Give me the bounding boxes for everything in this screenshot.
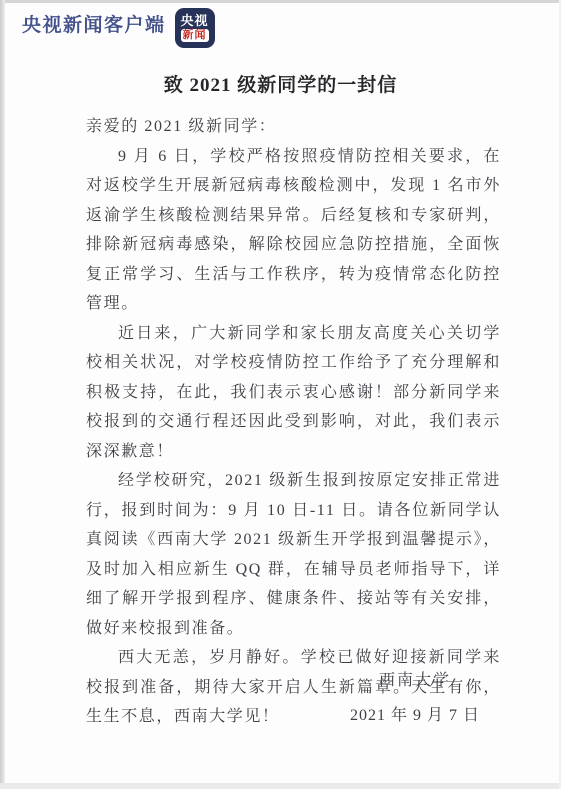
letter-paragraph: 9 月 6 日，学校严格按照疫情防控相关要求，在对返校学生开展新冠病毒核酸检测中… xyxy=(86,142,501,319)
photo-edge-top xyxy=(0,0,561,3)
app-name-text: 央视新闻客户端 xyxy=(22,8,166,37)
letter-title: 致 2021 级新同学的一封信 xyxy=(0,70,561,97)
cctv-news-logo-icon: 央视 新闻 xyxy=(175,8,215,48)
signature-name: 西南大学 xyxy=(333,666,497,695)
letter-body: 亲爱的 2021 级新同学： 9 月 6 日，学校严格按照疫情防控相关要求，在对… xyxy=(86,112,501,732)
letter-salutation: 亲爱的 2021 级新同学： xyxy=(86,112,501,142)
logo-text-bottom: 新闻 xyxy=(181,29,209,42)
letter-signature-block: 西南大学 2021 年 9 月 7 日 xyxy=(333,666,497,730)
signature-date: 2021 年 9 月 7 日 xyxy=(333,701,497,730)
photo-edge-bottom xyxy=(0,783,561,789)
news-app-watermark: 央视新闻客户端 央视 新闻 xyxy=(22,8,215,48)
photo-edge-left xyxy=(0,0,5,789)
logo-text-top: 央视 xyxy=(181,14,209,28)
letter-photo-page: 央视新闻客户端 央视 新闻 致 2021 级新同学的一封信 亲爱的 2021 级… xyxy=(0,0,561,789)
letter-paragraph: 近日来，广大新同学和家长朋友高度关心关切学校相关状况，对学校疫情防控工作给予了充… xyxy=(86,319,501,467)
letter-paragraph: 经学校研究，2021 级新生报到按原定安排正常进行，报到时间为：9 月 10 日… xyxy=(86,466,501,643)
